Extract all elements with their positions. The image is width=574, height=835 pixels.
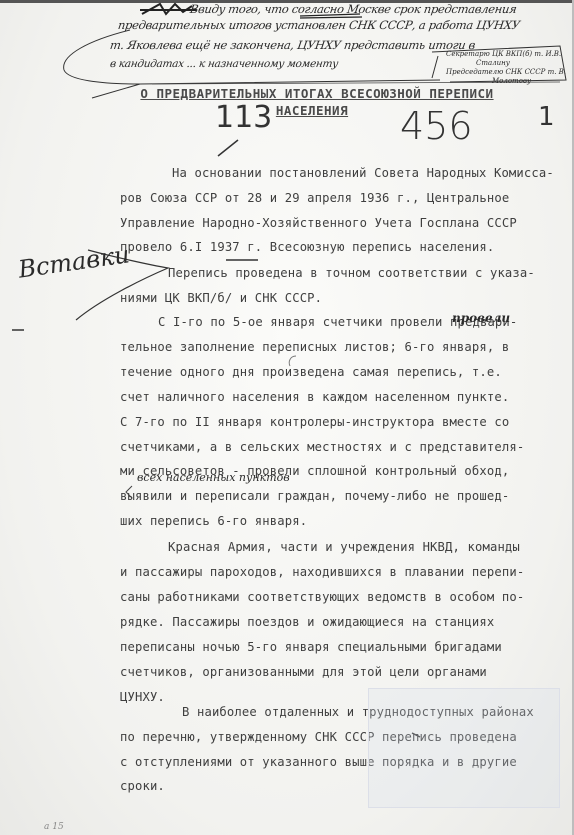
addressee-line: Молотову	[446, 77, 566, 86]
text-line: ров Союза ССР от 28 и 29 апреля 1936 г.,…	[120, 191, 509, 205]
handwritten-note-line: Ввиду того, что согласно Москве срок пре…	[189, 2, 517, 16]
document-title: О ПРЕДВАРИТЕЛЬНЫХ ИТОГАХ ВСЕСОЮЗНОЙ ПЕРЕ…	[0, 86, 574, 101]
text-line: счетчиков, организованными для этой цели…	[120, 665, 487, 679]
addressee-line: Сталину	[446, 59, 566, 68]
insert-note: всех населенных пунктов	[137, 471, 290, 484]
text-line: переписаны ночью 5-го января специальным…	[120, 640, 502, 654]
addressee-line: Секретарю ЦК ВКП(б) т. И.В.	[446, 50, 566, 59]
text-line: ших перепись 6-го января.	[120, 514, 307, 528]
text-line: На основании постановлений Совета Народн…	[172, 166, 554, 180]
text-line: выявили и переписали граждан, почему-либ…	[120, 489, 509, 503]
text-line: саны работниками соответствующих ведомст…	[120, 590, 524, 604]
text-line: рядке. Пассажиры поездов и ожидающиеся н…	[120, 615, 494, 629]
handwritten-note-line: в кандидатах ... к назначенному моменту	[109, 58, 339, 70]
addressee-line: Председателю СНК СССР т. В.	[446, 68, 566, 77]
archive-stamp	[368, 688, 560, 808]
text-line: тельное заполнение переписных листов; 6-…	[120, 340, 509, 354]
text-line: сроки.	[120, 779, 165, 793]
text-line: счетчиками, а в сельских местностях и с …	[120, 440, 524, 454]
text-line: провело 6.I 1937 г. Всесоюзную перепись …	[120, 240, 494, 254]
document-title-line2: НАСЕЛЕНИЯ	[0, 103, 574, 118]
text-line: Перепись проведена в точном соответствии…	[168, 266, 535, 280]
addressee-note: Секретарю ЦК ВКП(б) т. И.В. Сталину Пред…	[446, 50, 566, 86]
text-line: течение одного дня произведена самая пер…	[120, 365, 502, 379]
handwritten-note-line: т. Яковлева ещё не закончена, ЦУНХУ пред…	[109, 38, 476, 52]
text-line: и пассажиры пароходов, находившихся в пл…	[120, 565, 524, 579]
footer-mark: а 15	[44, 822, 64, 832]
text-line: Управление Народно-Хозяйственного Учета …	[120, 216, 517, 230]
document-page: Ввиду того, что согласно Москве срок пре…	[0, 0, 574, 835]
text-line: счет наличного населения в каждом населе…	[120, 390, 509, 404]
text-line: Красная Армия, части и учреждения НКВД, …	[168, 540, 520, 554]
text-line: С 7-го по II января контролеры-инструкто…	[120, 415, 509, 429]
text-line: ниями ЦК ВКП/б/ и СНК СССР.	[120, 291, 322, 305]
correction-word: провели	[452, 311, 510, 325]
text-line: ЦУНХУ.	[120, 690, 165, 704]
handwritten-note-line: предварительных итогов установлен СНК СС…	[117, 18, 521, 32]
